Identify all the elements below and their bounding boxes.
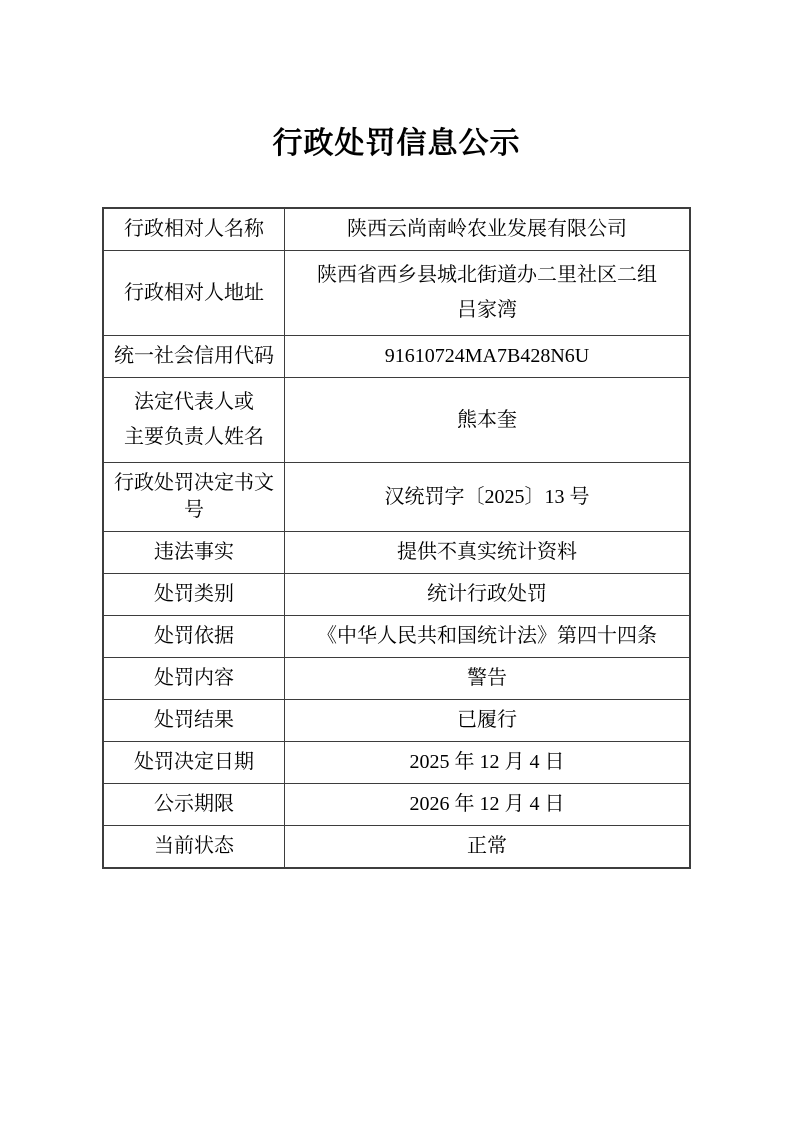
cell-text: 已履行 bbox=[291, 707, 683, 734]
row-value-cell: 熊本奎 bbox=[285, 378, 691, 463]
penalty-table-body: 行政相对人名称 陕西云尚南岭农业发展有限公司 行政相对人地址 陕西省西乡县城北街… bbox=[103, 208, 690, 868]
cell-text: 2026 年 12 月 4 日 bbox=[291, 791, 683, 818]
penalty-info-table: 行政相对人名称 陕西云尚南岭农业发展有限公司 行政相对人地址 陕西省西乡县城北街… bbox=[102, 207, 691, 869]
cell-text: 陕西云尚南岭农业发展有限公司 bbox=[291, 216, 683, 243]
cell-text: 正常 bbox=[291, 833, 683, 860]
cell-text: 处罚结果 bbox=[110, 707, 278, 734]
row-value-cell: 2025 年 12 月 4 日 bbox=[285, 742, 691, 784]
row-value-cell: 提供不真实统计资料 bbox=[285, 532, 691, 574]
table-row: 处罚内容 警告 bbox=[103, 658, 690, 700]
cell-text: 警告 bbox=[291, 665, 683, 692]
table-row: 处罚决定日期 2025 年 12 月 4 日 bbox=[103, 742, 690, 784]
cell-text: 处罚内容 bbox=[110, 665, 278, 692]
row-label-cell: 处罚类别 bbox=[103, 574, 285, 616]
row-label-cell: 处罚决定日期 bbox=[103, 742, 285, 784]
row-value-cell: 2026 年 12 月 4 日 bbox=[285, 784, 691, 826]
table-row: 违法事实 提供不真实统计资料 bbox=[103, 532, 690, 574]
row-label-cell: 处罚依据 bbox=[103, 616, 285, 658]
cell-text: 违法事实 bbox=[110, 539, 278, 566]
cell-text: 统一社会信用代码 bbox=[110, 343, 278, 370]
cell-text: 91610724MA7B428N6U bbox=[291, 343, 683, 370]
row-value-cell: 91610724MA7B428N6U bbox=[285, 336, 691, 378]
row-label-cell: 行政处罚决定书文号 bbox=[103, 463, 285, 532]
cell-text: 2025 年 12 月 4 日 bbox=[291, 749, 683, 776]
cell-text: 法定代表人或 bbox=[110, 385, 278, 420]
row-label-cell: 违法事实 bbox=[103, 532, 285, 574]
document-page: 行政处罚信息公示 行政相对人名称 陕西云尚南岭农业发展有限公司 行政相对人地址 … bbox=[0, 0, 793, 1122]
cell-text: 主要负责人姓名 bbox=[110, 420, 278, 455]
row-label-cell: 处罚结果 bbox=[103, 700, 285, 742]
cell-text: 熊本奎 bbox=[291, 407, 683, 434]
cell-text: 公示期限 bbox=[110, 791, 278, 818]
cell-text: 行政处罚决定书文号 bbox=[110, 470, 278, 524]
cell-text: 行政相对人地址 bbox=[110, 280, 278, 307]
row-value-cell: 汉统罚字〔2025〕13 号 bbox=[285, 463, 691, 532]
cell-text: 汉统罚字〔2025〕13 号 bbox=[291, 484, 683, 511]
table-row: 处罚结果 已履行 bbox=[103, 700, 690, 742]
cell-text: 当前状态 bbox=[110, 833, 278, 860]
row-value-cell: 正常 bbox=[285, 826, 691, 869]
row-label-cell: 处罚内容 bbox=[103, 658, 285, 700]
table-row: 处罚类别 统计行政处罚 bbox=[103, 574, 690, 616]
table-row: 法定代表人或主要负责人姓名 熊本奎 bbox=[103, 378, 690, 463]
cell-text: 行政相对人名称 bbox=[110, 216, 278, 243]
table-row: 当前状态 正常 bbox=[103, 826, 690, 869]
cell-text: 陕西省西乡县城北街道办二里社区二组 bbox=[291, 258, 683, 293]
row-label-cell: 当前状态 bbox=[103, 826, 285, 869]
row-value-cell: 《中华人民共和国统计法》第四十四条 bbox=[285, 616, 691, 658]
table-row: 公示期限 2026 年 12 月 4 日 bbox=[103, 784, 690, 826]
cell-text: 处罚决定日期 bbox=[110, 749, 278, 776]
cell-text: 提供不真实统计资料 bbox=[291, 539, 683, 566]
page-title: 行政处罚信息公示 bbox=[0, 0, 793, 166]
row-value-cell: 警告 bbox=[285, 658, 691, 700]
row-label-cell: 法定代表人或主要负责人姓名 bbox=[103, 378, 285, 463]
table-row: 处罚依据 《中华人民共和国统计法》第四十四条 bbox=[103, 616, 690, 658]
row-label-cell: 行政相对人地址 bbox=[103, 251, 285, 336]
table-row: 行政处罚决定书文号 汉统罚字〔2025〕13 号 bbox=[103, 463, 690, 532]
cell-text: 处罚依据 bbox=[110, 623, 278, 650]
row-label-cell: 行政相对人名称 bbox=[103, 208, 285, 251]
row-value-cell: 陕西省西乡县城北街道办二里社区二组吕家湾 bbox=[285, 251, 691, 336]
table-row: 行政相对人名称 陕西云尚南岭农业发展有限公司 bbox=[103, 208, 690, 251]
cell-text: 吕家湾 bbox=[291, 293, 683, 328]
cell-text: 统计行政处罚 bbox=[291, 581, 683, 608]
cell-text: 《中华人民共和国统计法》第四十四条 bbox=[291, 623, 683, 650]
table-row: 行政相对人地址 陕西省西乡县城北街道办二里社区二组吕家湾 bbox=[103, 251, 690, 336]
row-value-cell: 统计行政处罚 bbox=[285, 574, 691, 616]
row-value-cell: 陕西云尚南岭农业发展有限公司 bbox=[285, 208, 691, 251]
table-row: 统一社会信用代码 91610724MA7B428N6U bbox=[103, 336, 690, 378]
row-label-cell: 统一社会信用代码 bbox=[103, 336, 285, 378]
cell-text: 处罚类别 bbox=[110, 581, 278, 608]
row-label-cell: 公示期限 bbox=[103, 784, 285, 826]
row-value-cell: 已履行 bbox=[285, 700, 691, 742]
